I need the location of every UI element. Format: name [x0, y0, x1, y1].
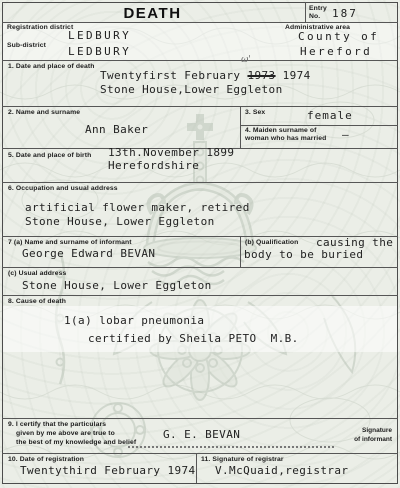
maiden-surname-value: —	[342, 128, 349, 141]
section-8-label: 8. Cause of death	[8, 298, 66, 305]
section-7a-label: 7 (a) Name and surname of informant	[8, 239, 132, 246]
divider-line	[2, 60, 398, 61]
death-place-value: Stone House,Lower Eggleton	[100, 83, 283, 96]
section-9-label-line-3: the best of my knowledge and belief	[16, 439, 136, 446]
entry-number: 187	[332, 7, 358, 20]
divider-line	[240, 106, 241, 148]
divider-line	[240, 125, 398, 126]
dotted-signature-line	[128, 446, 334, 448]
sex-value: female	[307, 109, 353, 122]
administrative-area-value-2: Hereford	[300, 45, 372, 58]
corrected-year: 1974	[276, 69, 311, 82]
divider-line	[2, 182, 398, 183]
death-date-line: Twentyfirst February 1973 1974	[100, 69, 311, 82]
section-1-label: 1. Date and place of death	[8, 63, 94, 70]
death-certificate: DEATH Entry No. 187 Registration distric…	[0, 0, 400, 488]
section-2-label: 2. Name and surname	[8, 109, 80, 116]
cause-line-2: certified by Sheila PETO M.B.	[88, 332, 299, 345]
death-date-text: Twentyfirst February	[100, 69, 247, 82]
section-11-label: 11. Signature of registrar	[201, 456, 284, 463]
divider-line	[2, 267, 398, 268]
section-4-label: 4. Maiden surname of woman who has marri…	[245, 127, 329, 143]
section-10-label: 10. Date of registration	[8, 456, 84, 463]
birth-place-value: Herefordshire	[108, 159, 199, 172]
death-title: DEATH	[0, 5, 305, 22]
section-6-label: 6. Occupation and usual address	[8, 185, 118, 192]
informant-address-value: Stone House, Lower Eggleton	[22, 279, 212, 292]
divider-line	[2, 295, 398, 296]
signature-of-informant-label-2: of informant	[330, 436, 392, 443]
qualification-line-2: body to be buried	[244, 248, 363, 261]
registration-district-value: LEDBURY	[68, 29, 131, 42]
entry-box-divider	[305, 2, 306, 22]
divider-line	[2, 106, 398, 107]
section-9-label-line-2: given by me above are true to	[16, 430, 115, 437]
divider-line	[240, 236, 241, 267]
struck-year: 1973	[247, 69, 275, 82]
correction-initials: ω'	[241, 55, 251, 65]
divider-line	[2, 22, 398, 23]
occupation-line-2: Stone House, Lower Eggleton	[25, 215, 215, 228]
divider-line	[2, 418, 398, 419]
section-7c-label: (c) Usual address	[8, 270, 66, 277]
registrar-signature-value: V.McQuaid,registrar	[215, 464, 348, 477]
name-value: Ann Baker	[85, 123, 148, 136]
signature-of-informant-label-1: Signature	[330, 427, 392, 434]
sub-district-label: Sub-district	[7, 42, 46, 49]
informant-name-value: George Edward BEVAN	[22, 247, 155, 260]
section-9-label-line-1: 9. I certify that the particulars	[8, 421, 106, 428]
divider-line	[2, 453, 398, 454]
section-3-label: 3. Sex	[245, 109, 265, 116]
divider-line	[196, 453, 197, 483]
entry-no-label: No.	[309, 13, 320, 20]
occupation-line-1: artificial flower maker, retired	[25, 201, 250, 214]
administrative-area-value-1: County of	[298, 30, 379, 43]
sub-district-value: LEDBURY	[68, 45, 131, 58]
entry-label: Entry	[309, 5, 327, 12]
section-5-label: 5. Date and place of birth	[8, 152, 91, 159]
cause-line-1: 1(a) lobar pneumonia	[64, 314, 204, 327]
section-7b-label: (b) Qualification	[245, 239, 298, 246]
birth-date-value: 13th.November 1899	[108, 146, 234, 159]
registration-date-value: Twentythird February 1974	[20, 464, 196, 477]
registration-district-label: Registration district	[7, 24, 73, 31]
informant-signature-value: G. E. BEVAN	[163, 428, 240, 441]
